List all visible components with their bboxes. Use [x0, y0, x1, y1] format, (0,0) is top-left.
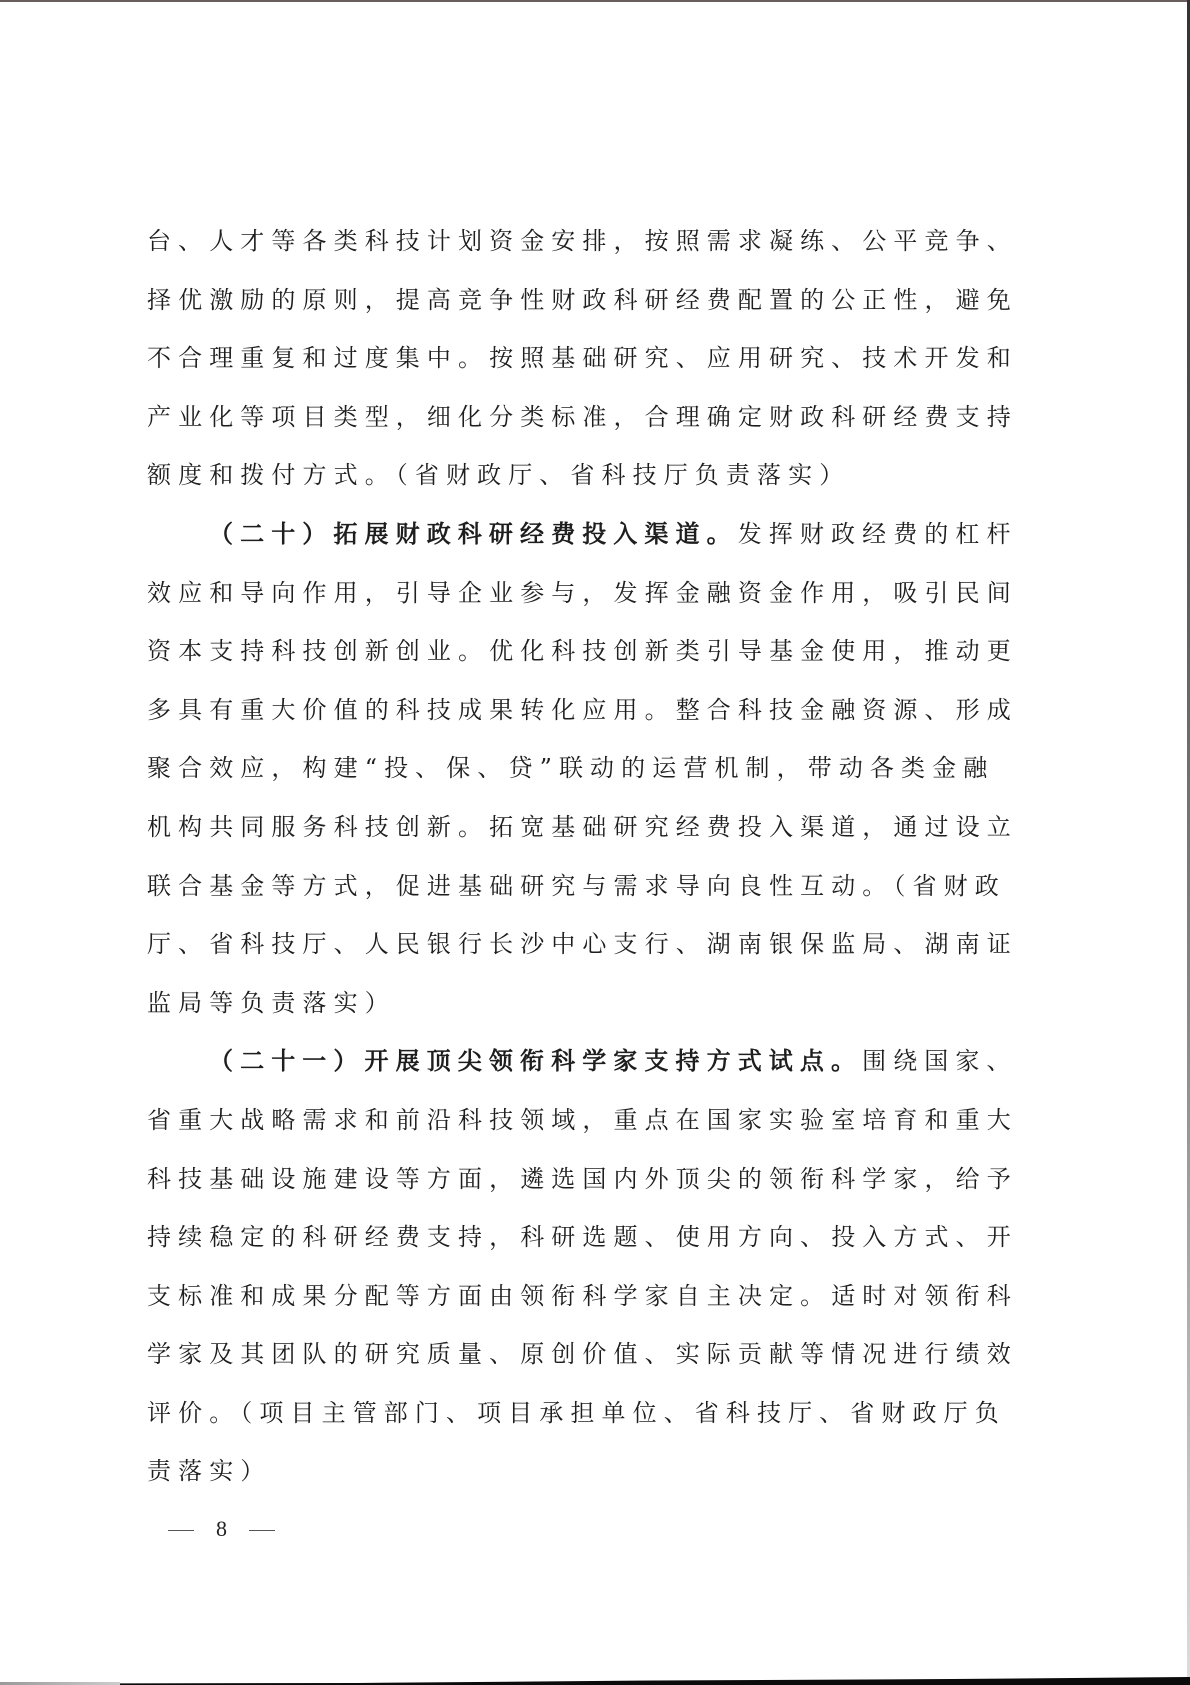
text-run: 发挥财政经费的杠杆 [738, 520, 1018, 548]
dash-right [249, 1530, 275, 1531]
text-line: 资本支持科技创新创业。优化科技创新类引导基金使用，推动更 [147, 622, 1027, 681]
document-page-body: 台、人才等各类科技计划资金安排，按照需求凝练、公平竞争、 择优激励的原则，提高竞… [147, 212, 1027, 1501]
paragraph-21: （二十一）开展顶尖领衔科学家支持方式试点。围绕国家、 省重大战略需求和前沿科技领… [147, 1032, 1027, 1501]
text-line: 额度和拨付方式。（省财政厅、省科技厅负责落实） [147, 446, 1027, 505]
section-heading: （二十一）开展顶尖领衔科学家支持方式试点。 [209, 1046, 862, 1075]
text-line: 效应和导向作用，引导企业参与，发挥金融资金作用，吸引民间 [147, 564, 1027, 623]
scan-edge-top [0, 0, 1190, 2]
text-line: 支标准和成果分配等方面由领衔科学家自主决定。适时对领衔科 [147, 1267, 1027, 1326]
dash-left [168, 1530, 194, 1531]
text-run: 围绕国家、 [862, 1047, 1018, 1075]
text-line: 科技基础设施建设等方面，遴选国内外顶尖的领衔科学家，给予 [147, 1150, 1027, 1209]
text-line: 产业化等项目类型，细化分类标准，合理确定财政科研经费支持 [147, 388, 1027, 447]
page-number: 8 [216, 1516, 227, 1542]
text-line: 责落实） [147, 1442, 1027, 1501]
paragraph-first-line: （二十）拓展财政科研经费投入渠道。发挥财政经费的杠杆 [147, 505, 1027, 564]
paragraph-19-continuation: 台、人才等各类科技计划资金安排，按照需求凝练、公平竞争、 择优激励的原则，提高竞… [147, 212, 1027, 505]
text-line: 省重大战略需求和前沿科技领域，重点在国家实验室培育和重大 [147, 1091, 1027, 1150]
page-number-footer: 8 [168, 1516, 275, 1542]
text-line: 学家及其团队的研究质量、原创价值、实际贡献等情况进行绩效 [147, 1325, 1027, 1384]
text-line: 持续稳定的科研经费支持，科研选题、使用方向、投入方式、开 [147, 1208, 1027, 1267]
paragraph-20: （二十）拓展财政科研经费投入渠道。发挥财政经费的杠杆 效应和导向作用，引导企业参… [147, 505, 1027, 1032]
text-line: 聚合效应，构建“投、保、贷”联动的运营机制，带动各类金融 [147, 739, 1027, 798]
paragraph-first-line: （二十一）开展顶尖领衔科学家支持方式试点。围绕国家、 [147, 1032, 1027, 1091]
text-line: 联合基金等方式，促进基础研究与需求导向良性互动。（省财政 [147, 857, 1027, 916]
text-line: 机构共同服务科技创新。拓宽基础研究经费投入渠道，通过设立 [147, 798, 1027, 857]
section-heading: （二十）拓展财政科研经费投入渠道。 [209, 519, 738, 548]
text-line: 择优激励的原则，提高竞争性财政科研经费配置的公正性，避免 [147, 271, 1027, 330]
text-line: 台、人才等各类科技计划资金安排，按照需求凝练、公平竞争、 [147, 212, 1027, 271]
text-line: 多具有重大价值的科技成果转化应用。整合科技金融资源、形成 [147, 681, 1027, 740]
scan-edge-bottom [0, 1675, 1190, 1685]
text-line: 监局等负责落实） [147, 974, 1027, 1033]
text-line: 不合理重复和过度集中。按照基础研究、应用研究、技术开发和 [147, 329, 1027, 388]
text-line: 评价。（项目主管部门、项目承担单位、省科技厅、省财政厅负 [147, 1384, 1027, 1443]
text-line: 厅、省科技厅、人民银行长沙中心支行、湖南银保监局、湖南证 [147, 915, 1027, 974]
